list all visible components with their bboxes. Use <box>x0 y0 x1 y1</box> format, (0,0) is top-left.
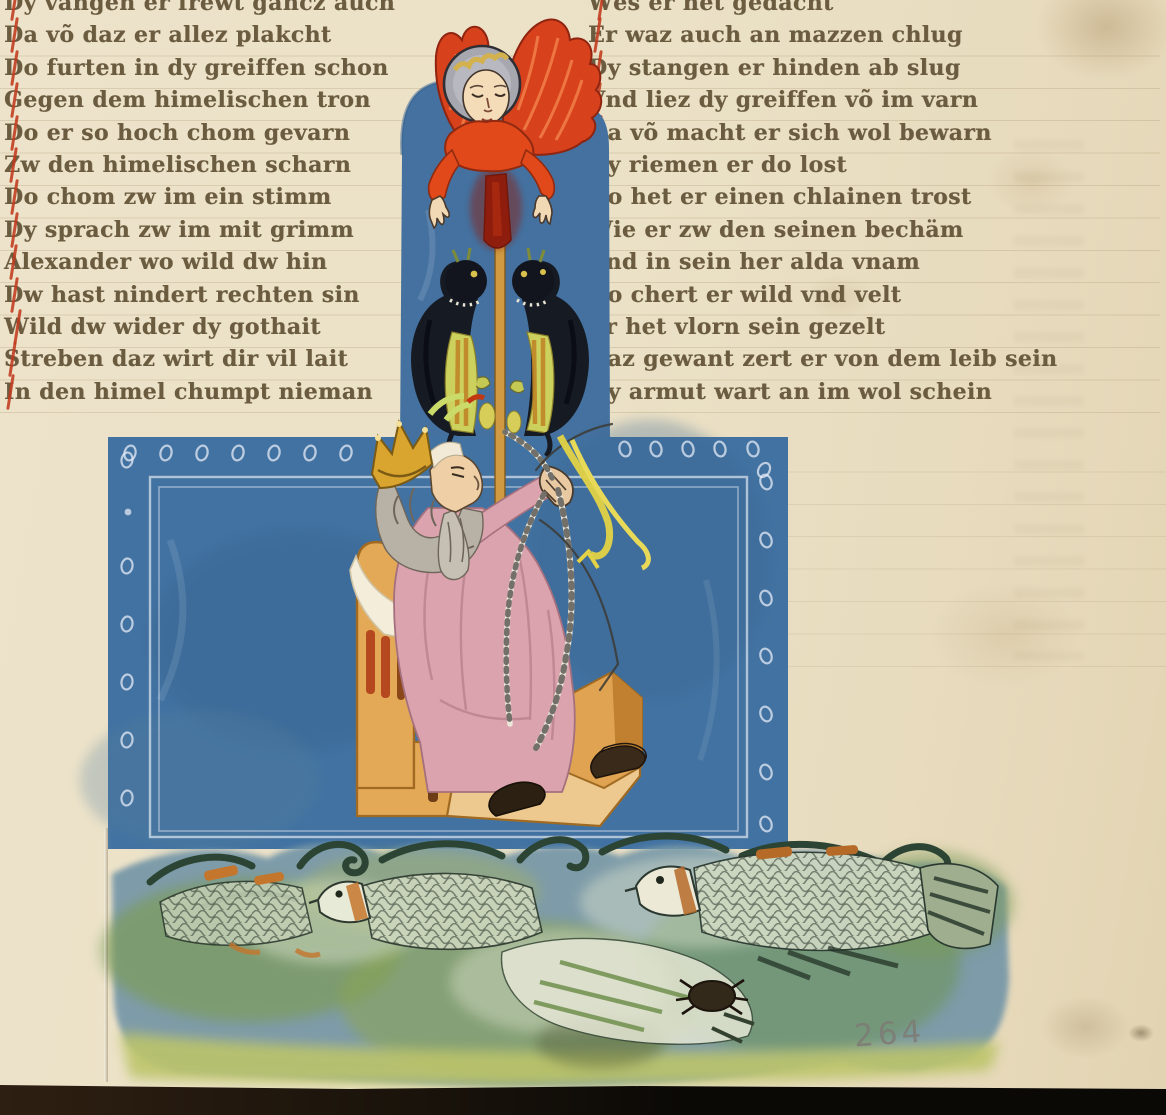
king-face <box>430 454 482 512</box>
wood-texture <box>0 1076 676 1115</box>
rubricated-initial: D <box>588 52 607 84</box>
text-line: Dy riemen er do lost <box>588 149 1057 181</box>
angel-hair <box>455 55 507 70</box>
rubricated-initial: V <box>588 246 605 278</box>
blue-sky-column <box>400 80 610 560</box>
halo <box>444 46 520 122</box>
rubricated-initial: E <box>588 311 605 343</box>
text-line: Alexander wo wild dw hin <box>4 246 395 278</box>
text-line: Daz gewant zert er von dem leib sein <box>588 343 1057 375</box>
gold-crown <box>372 421 432 488</box>
text-line: Dy vangen er frewt gancz auch <box>4 0 395 19</box>
throne-footboard <box>447 740 640 826</box>
rubricated-initial: S <box>4 343 20 375</box>
twisted-ropes <box>505 424 618 748</box>
water-beetle <box>676 980 748 1014</box>
rubricated-initial: D <box>4 19 23 51</box>
text-line: Dw hast nindert rechten sin <box>4 279 395 311</box>
rubricated-initial: D <box>4 117 23 149</box>
text-line: Do furten in dy greiffen schon <box>4 52 395 84</box>
rubricated-initial: D <box>4 214 23 246</box>
parchment-stain <box>930 580 1080 690</box>
fish-eye <box>335 890 342 897</box>
text-line: Wes er het gedacht <box>588 0 1057 19</box>
angel <box>429 20 602 228</box>
bait-morsels <box>479 403 521 433</box>
text-line: Er het vlorn sein gezelt <box>588 311 1057 343</box>
throne <box>350 542 642 826</box>
king-alexander <box>372 421 646 816</box>
scan-bottom-edge <box>0 1076 1166 1115</box>
rubricated-initial: D <box>4 52 23 84</box>
rubricated-initial: D <box>588 181 607 213</box>
text-line: Er waz auch an mazzen chlug <box>588 19 1057 51</box>
angel-face <box>463 70 509 124</box>
rubricated-initial: V <box>588 84 605 116</box>
parchment-stain <box>1040 995 1130 1059</box>
rubricated-initial: G <box>4 84 23 116</box>
white-ring-ornaments <box>121 441 774 833</box>
rubricated-initial: D <box>588 279 607 311</box>
text-line: Do het er einen chlainen trost <box>588 181 1057 213</box>
rubricated-initial: E <box>588 19 605 51</box>
king-hand <box>540 466 573 507</box>
wave-crests <box>150 836 948 906</box>
rubricated-initial: D <box>4 0 23 19</box>
text-line: Dy armut wart an im wol schein <box>588 376 1057 408</box>
grey-beard <box>438 510 469 580</box>
text-line: Vnd in sein her alda vnam <box>588 246 1057 278</box>
pink-robe <box>394 508 575 792</box>
rubricated-initial: Z <box>4 149 20 181</box>
white-frame-lines <box>150 477 747 837</box>
fur-trim <box>350 556 442 637</box>
blue-sky-panel <box>80 420 788 850</box>
text-line: Da võ macht er sich wol bewarn <box>588 117 1057 149</box>
yellow-ribbons <box>430 396 648 568</box>
rubricated-initial: W <box>4 311 29 343</box>
text-line: Zw den himelischen scharn <box>4 149 395 181</box>
rubricated-initial: D <box>4 181 23 213</box>
folio-number: 264 <box>853 1014 927 1055</box>
text-line: Do er so hoch chom gevarn <box>4 117 395 149</box>
rubricated-initial: I <box>4 376 15 408</box>
fish-tail-fragment <box>160 865 320 956</box>
text-line: Gegen dem himelischen tron <box>4 84 395 116</box>
rubricated-initial: D <box>588 376 607 408</box>
right-text-column: Wes er het gedachtEr waz auch an mazzen … <box>588 0 1057 408</box>
ruling-lines-lower <box>780 440 1166 680</box>
text-line: In den himel chumpt nieman <box>4 376 395 408</box>
angel-wing-left <box>436 27 494 150</box>
page-edge-crease <box>104 828 108 1082</box>
grey-hair <box>376 468 483 573</box>
left-text-column: Dy vangen er frewt gancz auchDa võ daz e… <box>4 0 395 408</box>
rubricated-initial: D <box>588 117 607 149</box>
fish-eye <box>656 876 664 884</box>
manuscript-page: Dy vangen er frewt gancz auchDa võ daz e… <box>0 0 1166 1115</box>
angel-hands <box>429 196 552 228</box>
text-line: Dy sprach zw im mit grimm <box>4 214 395 246</box>
white-cap <box>430 442 463 468</box>
text-line: Vnd liez dy greiffen võ im varn <box>588 84 1057 116</box>
rubricated-initial: D <box>588 149 607 181</box>
angel-wing-right <box>503 20 601 155</box>
griffin-right <box>510 248 589 456</box>
fish-left <box>309 873 542 949</box>
rubricated-initial: W <box>588 214 613 246</box>
text-line: Da võ daz er allez plakcht <box>4 19 395 51</box>
rubricated-initial: D <box>588 343 607 375</box>
shoes <box>489 743 646 816</box>
griffin-left <box>411 248 490 456</box>
angel-robe <box>445 121 533 171</box>
fish-right <box>625 845 998 978</box>
text-line: Streben daz wirt dir vil lait <box>4 343 395 375</box>
text-line: Wie er zw den seinen bechäm <box>588 214 1057 246</box>
text-line: Do chert er wild vnd velt <box>588 279 1057 311</box>
text-line: Wild dw wider dy gothait <box>4 311 395 343</box>
text-line: Dy stangen er hinden ab slug <box>588 52 1057 84</box>
bait-pole <box>470 166 522 738</box>
rubricated-initial: D <box>4 279 23 311</box>
fish-center-pale <box>502 939 754 1045</box>
text-line: Do chom zw im ein stimm <box>4 181 395 213</box>
rubricated-initial: A <box>4 246 21 278</box>
parchment-stain <box>1128 1024 1154 1042</box>
